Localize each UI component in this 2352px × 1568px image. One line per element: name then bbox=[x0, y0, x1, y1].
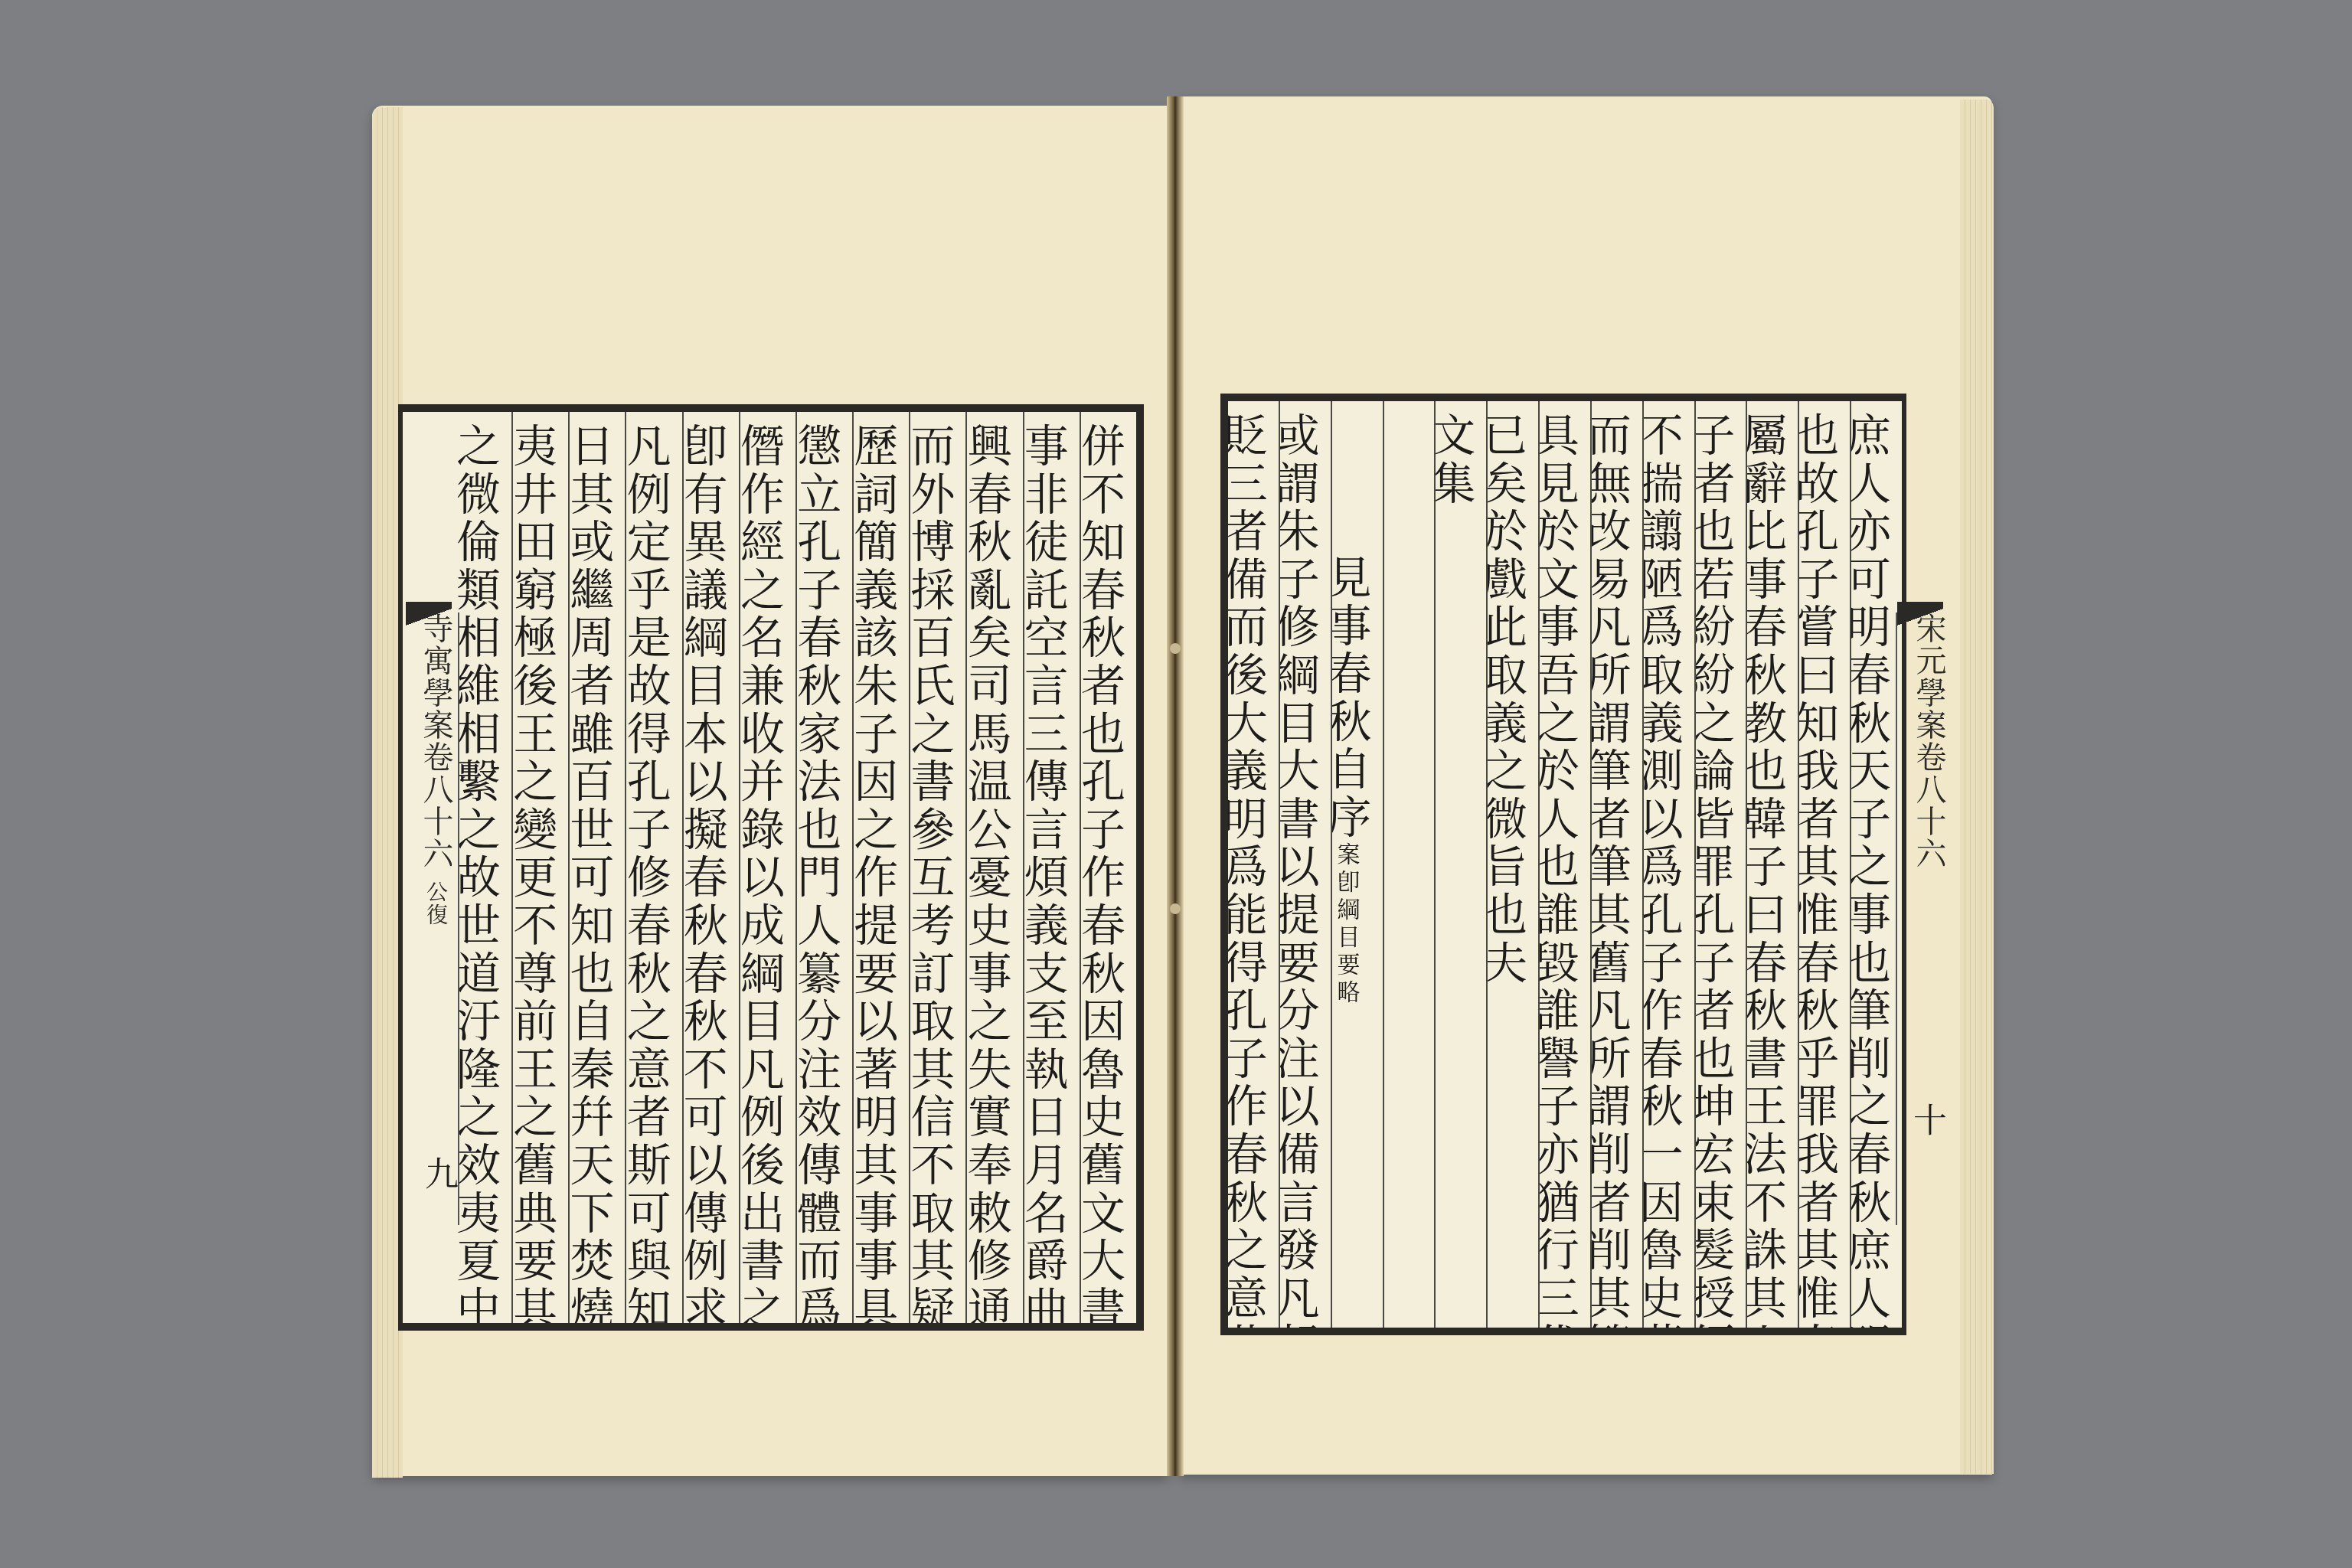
text-column: 庶人亦可明春秋天子之事也筆削之春秋庶人明天子之事 bbox=[1850, 401, 1902, 1328]
right-page-number: 十 bbox=[1902, 1102, 1951, 1136]
text-column: 具見於文事吾之於人也誰毀誰譽子亦猶行三代之直道而 bbox=[1538, 401, 1590, 1328]
text-column: 或謂朱子修綱目大書以提要分注以備言發凡起例以正褒 bbox=[1279, 401, 1331, 1328]
heading-text: 見事春秋自序 bbox=[1331, 554, 1372, 842]
text-column: 子者也若紛紛之論皆罪孔子者也坤宏束髮授經卽蓄此疑 bbox=[1694, 401, 1746, 1328]
text-column: 而外博採百氏之書參互考訂取其信不取其疑晚年輯舉要 bbox=[909, 412, 965, 1323]
text-column: 屬辭比事春秋教也韓子曰春秋書王法不誅其人身此知孔 bbox=[1746, 401, 1798, 1328]
section-label: 公復 bbox=[423, 881, 449, 927]
book-title: 宋元學案卷八十六 bbox=[1911, 612, 1946, 870]
section-heading: 見事春秋自序案卽綱目要略 bbox=[1331, 401, 1383, 1328]
book-title: 寺寓學案卷八十六 bbox=[418, 612, 453, 870]
text-column: 夷井田窮極後王之變更不尊前王之舊典要其閒天人相與 bbox=[511, 412, 568, 1323]
text-column: 興春秋亂矣司馬温公憂史事之失實奉敕修通鑑長編正史 bbox=[965, 412, 1022, 1323]
blank-column bbox=[1383, 401, 1435, 1328]
left-margin-title: 寺寓學案卷八十六 公復 bbox=[404, 612, 459, 1225]
left-text-frame: 併不知春秋者也孔子作春秋因魯史舊文大書特書義取見 事非徒託空言三傳言煩義支至執日… bbox=[398, 404, 1144, 1331]
binding-thread bbox=[1170, 903, 1181, 914]
text-column: 也故孔子嘗曰知我者其惟春秋乎罪我者其惟春秋乎記曰 bbox=[1798, 401, 1850, 1328]
text-column: 歷詞簡義該朱子因之作提要以著明其事事具而善惡昭勸 bbox=[852, 412, 909, 1323]
left-page-number: 九 bbox=[413, 1156, 462, 1190]
text-column: 事非徒託空言三傳言煩義支至執日月名爵曲爲傳會傳例 bbox=[1023, 412, 1080, 1323]
text-column: 日其或繼周者雖百世可知也自秦幷天下焚燒詩書剷封建 bbox=[568, 412, 625, 1323]
text-column: 不揣譾陋爲取義測以爲孔子作春秋一因魯史舊文有筆削 bbox=[1642, 401, 1694, 1328]
text-column: 已矣於戲此取義之微旨也夫 bbox=[1486, 401, 1538, 1328]
text-column: 凡例定乎是故得孔子修春秋之意者斯可與知綱目矣孔子 bbox=[625, 412, 681, 1323]
book-gutter bbox=[1167, 96, 1184, 1476]
binding-thread bbox=[1170, 643, 1181, 654]
text-column: 卽有異議綱目本以擬春秋春秋不可以傳例求綱目詎可以 bbox=[682, 412, 739, 1323]
text-column: 貶三者備而後大義明爲能得孔子作春秋之意此不知綱目 bbox=[1228, 401, 1279, 1328]
right-fore-edge bbox=[1960, 100, 1994, 1474]
text-column: 併不知春秋者也孔子作春秋因魯史舊文大書特書義取見 bbox=[1080, 412, 1136, 1323]
text-column: 之微倫類相維相繫之故世道汙隆之效夷夏中外之防國家 bbox=[456, 412, 511, 1323]
text-column: 懲立孔子春秋家法也門人纂分注效傳體而爲之朱子不欲 bbox=[795, 412, 852, 1323]
text-column: 而無改易凡所謂筆者筆其舊凡所謂削者削其繁至其義則 bbox=[1590, 401, 1642, 1328]
right-text-frame: 庶人亦可明春秋天子之事也筆削之春秋庶人明天子之事 也故孔子嘗曰知我者其惟春秋乎罪… bbox=[1220, 394, 1906, 1335]
source-column: 文集 bbox=[1434, 401, 1486, 1328]
book-spread: 併不知春秋者也孔子作春秋因魯史舊文大書特書義取見 事非徒託空言三傳言煩義支至執日… bbox=[0, 0, 2352, 1568]
text-column: 僭作經之名兼收并錄以成綱目凡例後出書之眞僞在當時 bbox=[739, 412, 795, 1323]
heading-note: 案卽綱目要略 bbox=[1333, 842, 1360, 1008]
